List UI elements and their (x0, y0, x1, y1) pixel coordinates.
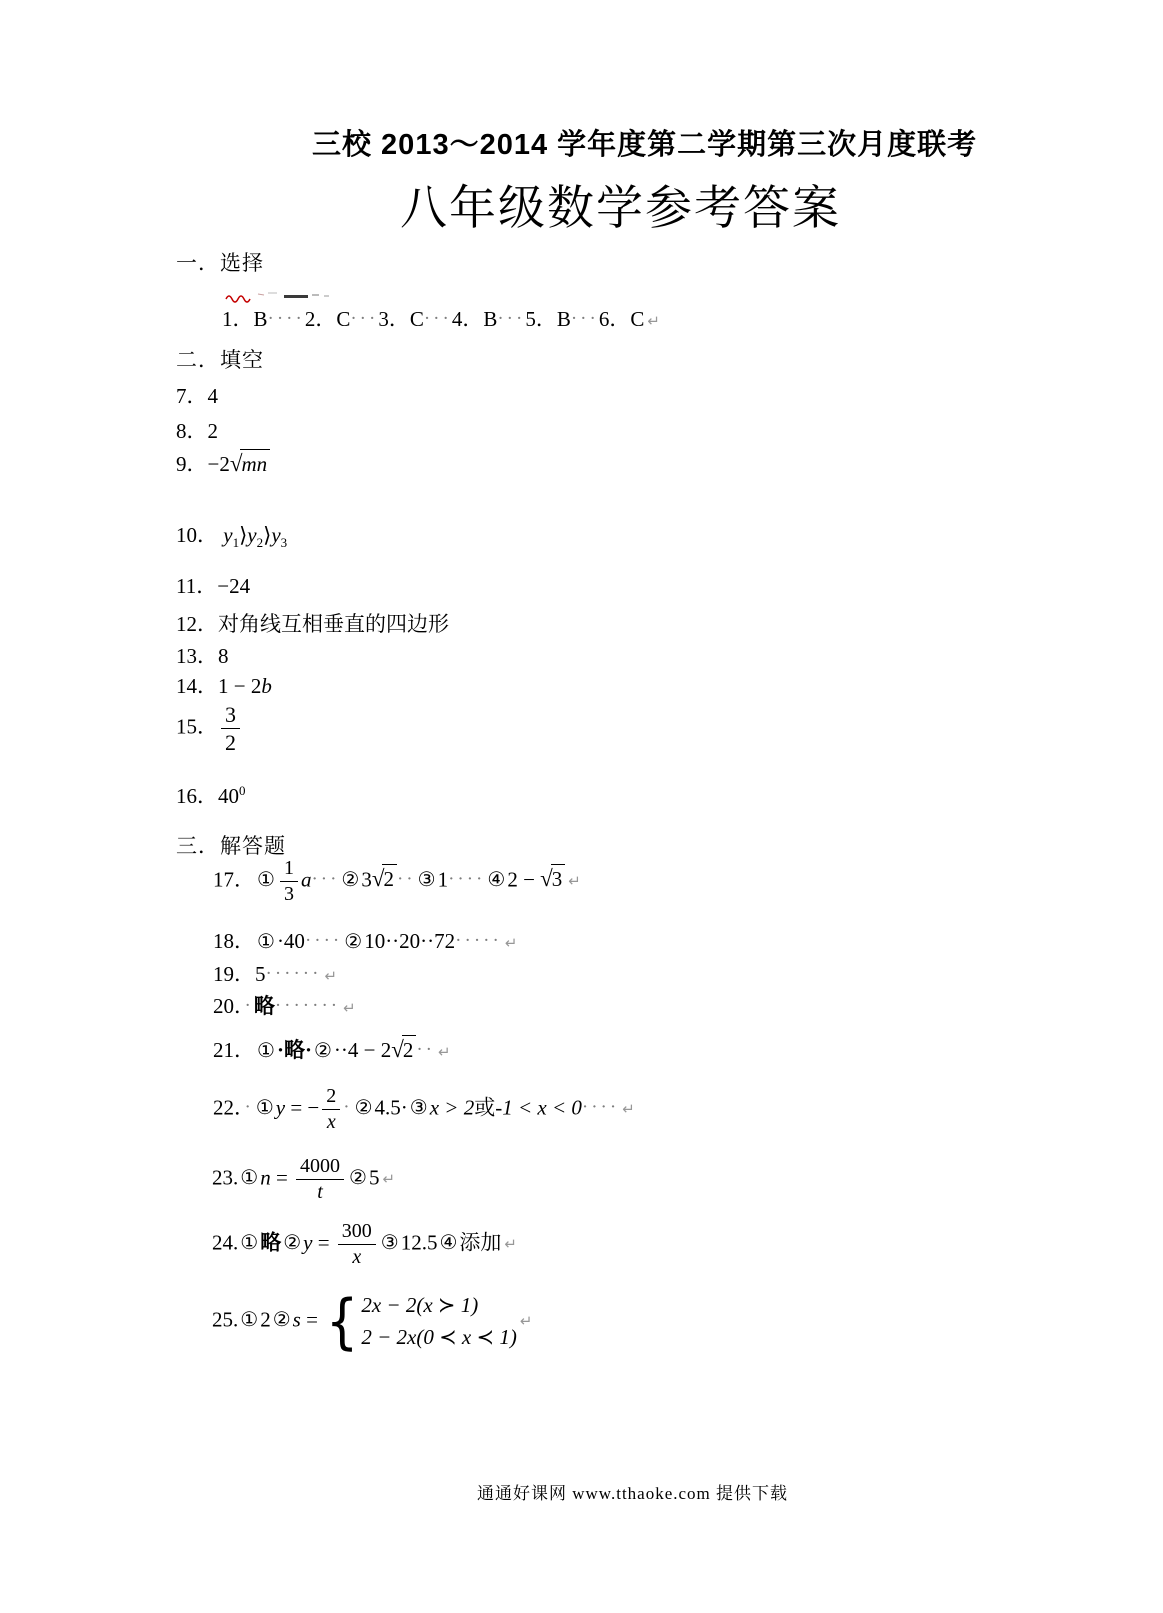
dot-leader: ··· (497, 308, 525, 329)
answer-text: 2 − (507, 867, 540, 891)
answer-text: ·40 (277, 929, 305, 953)
answer-text: 3 (361, 867, 372, 891)
circled-2: ② (342, 929, 364, 953)
section-heading-choice: 一．选择 (176, 250, 264, 276)
radical-expression: √2 (391, 1038, 416, 1062)
return-mark: ↵ (619, 1100, 635, 1118)
circled-2: ② (312, 1038, 334, 1062)
item-number: 21． (213, 1038, 255, 1062)
squiggle-underline-icon (224, 288, 342, 304)
choice-answers-line: 1．B····2．C···3．C···4．B···5．B···6．C↵ (222, 306, 660, 332)
dot-leader: ··· (311, 868, 339, 889)
dot-leader: ··· (424, 308, 452, 329)
answer-line-18: 18．①·40····②10··20··72·····↵ (213, 928, 517, 954)
answer-text: 略 (260, 1230, 281, 1254)
circled-1: ① (238, 1307, 260, 1331)
variable-s: s (293, 1307, 301, 1331)
fraction-numerator: 3 (221, 702, 240, 729)
piecewise-cases: 2x − 2(x ≻ 1)2 − 2x(0 ≺ x ≺ 1) (361, 1290, 517, 1353)
dot-leader: ··· (350, 308, 378, 329)
document-title: 三校 2013～2014 学年度第二学期第三次月度联考 (312, 127, 977, 163)
circled-2: ② (281, 1230, 303, 1254)
dot-leader: ··· (571, 308, 599, 329)
choice-answer-6: 6．C (599, 307, 645, 331)
radicand: 3 (551, 864, 566, 891)
dot-leader: ···· (582, 1096, 619, 1117)
choice-answer-5: 5．B (525, 307, 571, 331)
answer-line-12: 12．对角线互相垂直的四边形 (176, 611, 449, 637)
answer-line-20: 20．·略·······↵ (213, 993, 356, 1019)
item-number: 9． (176, 452, 208, 476)
radical-expression: √mn (230, 452, 270, 476)
answer-line-25: 25.①2②s = {2x − 2(x ≻ 1)2 − 2x(0 ≺ x ≺ 1… (212, 1290, 532, 1353)
section-heading-solve: 三．解答题 (176, 833, 286, 859)
item-number: 18． (213, 929, 255, 953)
equals-sign: = (301, 1307, 323, 1331)
item-number: 25. (212, 1307, 238, 1331)
fraction-denominator: x (322, 1110, 340, 1134)
answer-line-16: 16．400 (176, 783, 246, 809)
circled-4: ④ (437, 1230, 459, 1254)
answer-line-10: 10． y1⟩y2⟩y3 (176, 522, 287, 551)
item-number: 20． (213, 994, 245, 1018)
return-mark: ↵ (340, 999, 356, 1017)
variable-y: y (223, 523, 232, 547)
circled-2: ② (339, 867, 361, 891)
item-number: 17． (213, 867, 255, 891)
document-page: 三校 2013～2014 学年度第二学期第三次月度联考 八年级数学参考答案 一．… (0, 0, 1163, 1613)
answer-line-19: 19．5······↵ (213, 961, 337, 987)
choice-answer-3: 3．C (378, 307, 424, 331)
item-number: 24. (212, 1230, 238, 1254)
answer-text: 1 (438, 867, 449, 891)
answer-line-11: 11．−24 (176, 573, 250, 599)
answer-text: −2 (208, 452, 230, 476)
circled-3: ③ (408, 1095, 430, 1119)
answer-text: 2 (208, 419, 219, 443)
answer-text: 4.5· (375, 1095, 408, 1119)
circled-2: ② (353, 1095, 375, 1119)
equals-sign: = (312, 1230, 334, 1254)
item-number: 8． (176, 419, 208, 443)
fraction-denominator: x (338, 1245, 376, 1269)
answer-text: 12.5 (401, 1230, 438, 1254)
fraction-numerator: 4000 (296, 1155, 344, 1180)
dot-leader: ····· (455, 930, 502, 951)
answer-line-9: 9．−2√mn (176, 450, 270, 479)
page-footer: 通通好课网 www.tthaoke.com 提供下载 (477, 1483, 788, 1504)
circled-2: ② (347, 1165, 369, 1189)
item-number: 15． (176, 715, 218, 739)
circled-4: ④ (485, 867, 507, 891)
answer-line-21: 21．①·略·②··4 − 2√2··↵ (213, 1036, 451, 1065)
choice-answer-2: 2．C (305, 307, 351, 331)
circled-1: ① (254, 1095, 276, 1119)
circled-1: ① (238, 1165, 260, 1189)
variable-n: n (260, 1165, 271, 1189)
fraction-denominator: 2 (221, 729, 240, 755)
fraction-denominator: t (296, 1180, 344, 1204)
fraction-numerator: 1 (280, 857, 298, 882)
item-number: 10． (176, 523, 218, 547)
answer-line-23: 23.①n = 4000t②5↵ (212, 1155, 395, 1204)
fraction-numerator: 300 (338, 1220, 376, 1245)
circled-3: ③ (379, 1230, 401, 1254)
subscript: 3 (281, 535, 288, 550)
fraction-numerator: 2 (322, 1085, 340, 1110)
section-heading-fill: 二．填空 (176, 347, 264, 373)
dot-leader: ·· (397, 868, 416, 889)
return-mark: ↵ (644, 312, 660, 330)
radical-expression: √2 (372, 867, 397, 891)
answer-text: 1 − 2 (218, 674, 261, 698)
answer-text: 5 (369, 1165, 380, 1189)
item-number: 23. (212, 1165, 238, 1189)
item-number: 14． (176, 674, 218, 698)
return-mark: ↵ (565, 872, 581, 890)
fraction: 32 (221, 702, 240, 756)
superscript: 0 (239, 783, 246, 798)
answer-text: 5 (255, 962, 266, 986)
radicand: 2 (382, 864, 397, 891)
item-number: 16． (176, 784, 218, 808)
circled-1: ① (238, 1230, 260, 1254)
equals-sign: = (271, 1165, 293, 1189)
circled-1: ① (255, 929, 277, 953)
dot-leader: ···· (448, 868, 485, 889)
circled-1: ① (255, 867, 277, 891)
document-subtitle: 八年级数学参考答案 (400, 180, 841, 239)
answer-text: 略 (254, 994, 275, 1018)
fraction: 300x (338, 1220, 376, 1269)
circled-1: ① (255, 1038, 277, 1062)
dot-leader: ······· (275, 995, 340, 1016)
case-row-1: 2x − 2(x ≻ 1) (361, 1290, 517, 1322)
answer-text: 8 (218, 644, 229, 668)
return-mark: ↵ (435, 1043, 451, 1061)
dot-leader: · (343, 1096, 352, 1117)
answer-text: 40 (218, 784, 239, 808)
answer-line-22: 22．·①y = −2x·②4.5·③x > 2或-1 < x < 0····↵ (213, 1085, 635, 1134)
item-number: 7． (176, 384, 208, 408)
answer-text: ··4 − 2 (334, 1038, 391, 1062)
dot-leader: ······ (266, 963, 322, 984)
cases-brace: { (326, 1295, 358, 1349)
radicand: 2 (402, 1035, 417, 1062)
variable-y: y (271, 523, 280, 547)
answer-text: ·略· (277, 1038, 312, 1062)
dot-leader: · (245, 995, 254, 1016)
item-number: 13． (176, 644, 218, 668)
dot-leader: ···· (268, 308, 305, 329)
answer-line-8: 8．2 (176, 418, 218, 444)
answer-text: 4 (208, 384, 219, 408)
answer-math: x > 2 (430, 1095, 475, 1119)
circled-3: ③ (416, 867, 438, 891)
circled-2: ② (271, 1307, 293, 1331)
return-mark: ↵ (502, 934, 518, 952)
return-mark: ↵ (321, 967, 337, 985)
answer-text: 2 (260, 1307, 271, 1331)
answer-line-7: 7．4 (176, 383, 218, 409)
return-mark: ↵ (501, 1235, 517, 1253)
return-mark: ↵ (517, 1312, 533, 1330)
variable-a: a (301, 867, 312, 891)
answer-line-14: 14．1 − 2b (176, 673, 272, 699)
answer-text: −24 (217, 574, 250, 598)
fraction-denominator: 3 (280, 882, 298, 906)
fraction: 2x (322, 1085, 340, 1134)
case-row-2: 2 − 2x(0 ≺ x ≺ 1) (361, 1322, 517, 1354)
answer-line-15: 15．32 (176, 702, 243, 756)
return-mark: ↵ (379, 1170, 395, 1188)
item-number: 11． (176, 574, 217, 598)
equals-minus: = − (285, 1095, 319, 1119)
answer-line-13: 13．8 (176, 643, 229, 669)
answer-line-17: 17．①13a···②3√2··③1····④2 − √3↵ (213, 857, 581, 906)
answer-text: 添加 (459, 1230, 501, 1254)
radicand: mn (240, 449, 270, 476)
answer-text: 或 (474, 1095, 495, 1119)
variable-y: y (247, 523, 256, 547)
answer-text: 对角线互相垂直的四边形 (218, 612, 449, 636)
item-number: 12． (176, 612, 218, 636)
answer-text: 10··20··72 (364, 929, 455, 953)
item-number: 22． (213, 1095, 245, 1119)
item-number: 19． (213, 962, 255, 986)
radical-expression: √3 (540, 867, 565, 891)
choice-answer-4: 4．B (452, 307, 498, 331)
dot-leader: ·· (416, 1039, 435, 1060)
choice-answer-1: 1．B (222, 307, 268, 331)
fraction: 13 (280, 857, 298, 906)
dot-leader: ···· (305, 930, 342, 951)
variable-y: y (276, 1095, 285, 1119)
dot-leader: · (245, 1096, 254, 1117)
variable-b: b (261, 674, 272, 698)
answer-line-24: 24.①略②y = 300x③12.5④添加↵ (212, 1220, 517, 1269)
fraction: 4000t (296, 1155, 344, 1204)
answer-math: -1 < x < 0 (495, 1095, 582, 1119)
